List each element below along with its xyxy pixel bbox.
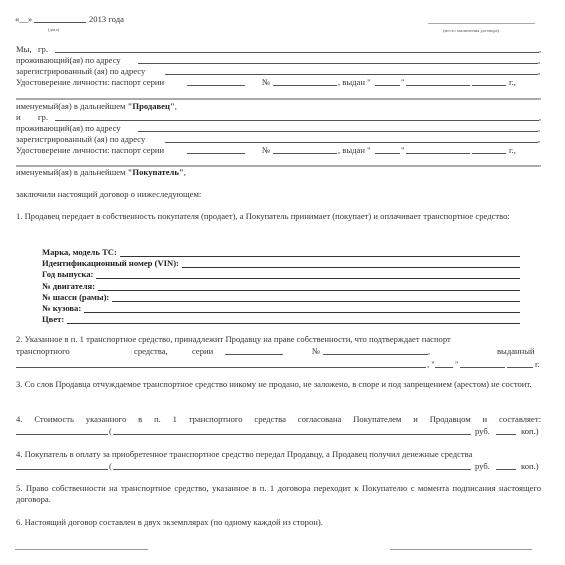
vehicle-field-row: Марка, модель ТС: (42, 247, 520, 257)
vehicle-passport-issuer-field[interactable] (16, 367, 426, 368)
vehicle-passport-series-field[interactable] (225, 354, 283, 355)
vehicle-field-row: № кузова: (42, 303, 520, 313)
price-kop-field[interactable] (496, 434, 516, 435)
seller-registered-label: зарегистрированный (ая) по адресу (16, 66, 145, 76)
clause-4-word: 1 (173, 414, 177, 425)
vehicle-field-label: Цвет: (42, 314, 64, 324)
payment-kop-field[interactable] (496, 469, 516, 470)
paren-open: ( (109, 426, 112, 436)
vehicle-field-row: Цвет: (42, 314, 520, 324)
clause-4-word: п. (154, 414, 161, 425)
buyer-issued-year-field[interactable] (472, 153, 506, 154)
clause-4-word: согласована (298, 414, 342, 425)
vehicle-field-input[interactable] (67, 315, 520, 324)
named-suffix: , (175, 101, 177, 111)
buyer-passport-series-field[interactable] (187, 153, 245, 154)
vehicle-field-label: Идентификационный номер (VIN): (42, 258, 179, 268)
buyer-issued-label: , выдан " (338, 145, 371, 155)
vehicle-passport-month-field[interactable] (460, 367, 505, 368)
named-prefix: именуемый(ая) в дальнейшем (16, 101, 128, 111)
clause-4-word: и (413, 414, 418, 425)
seller-id-label: Удостоверение личности: паспорт серии (16, 77, 164, 87)
vehicle-field-input[interactable] (120, 248, 520, 257)
price-digits-field[interactable] (16, 434, 108, 435)
quote: " (455, 359, 459, 369)
clause-4-price: 4.Стоимостьуказанноговп.1транспортногоср… (16, 414, 541, 425)
seller-passport-series-field[interactable] (187, 85, 245, 86)
seller-issued-year-field[interactable] (472, 85, 506, 86)
named-prefix: именуемый(ая) в дальнейшем (16, 167, 128, 177)
vehicle-field-label: Год выпуска: (42, 269, 93, 279)
buyer-number-label: № (262, 145, 270, 155)
seller-citizen-label: гр. (38, 44, 48, 54)
clause-3: 3. Со слов Продавца отчуждаемое транспор… (16, 379, 541, 390)
vehicle-field-input[interactable] (112, 293, 520, 302)
buyer-id-label: Удостоверение личности: паспорт серии (16, 145, 164, 155)
and-label: и (16, 112, 21, 122)
clause-2-number-label: № (312, 346, 320, 356)
clause-5: 5. Право собственности на транспортное с… (16, 483, 541, 505)
vehicle-passport-year-field[interactable] (507, 367, 533, 368)
buyer-signature-field[interactable] (390, 549, 532, 550)
seller-signature-field[interactable] (15, 549, 148, 550)
buyer-role: "Покупатель" (128, 167, 184, 177)
kop-label: коп.) (521, 461, 539, 471)
vehicle-field-input[interactable] (84, 304, 520, 313)
seller-registered-field[interactable] (165, 74, 538, 75)
buyer-name-field[interactable] (55, 120, 539, 121)
clause-4-word: указанного (86, 414, 126, 425)
seller-name-field[interactable] (55, 52, 539, 53)
intro-text: заключили настоящий договор о нижеследую… (16, 189, 201, 199)
vehicle-passport-day-field[interactable] (435, 367, 453, 368)
comma: , (538, 55, 540, 65)
seller-residing-field[interactable] (138, 63, 538, 64)
vehicle-field-row: № двигателя: (42, 281, 520, 291)
comma: , (538, 123, 540, 133)
clause-4-word: Продавцом (430, 414, 471, 425)
clause-2-year: г. (535, 359, 540, 369)
clause-4-word: транспортного (189, 414, 243, 425)
we-label: Мы, (16, 44, 32, 54)
comma: , (539, 91, 541, 101)
vehicle-passport-number-field[interactable] (323, 354, 428, 355)
clause-4-word: 4. (16, 414, 22, 425)
seller-number-label: № (262, 77, 270, 87)
clause-1: 1. Продавец передает в собственность пок… (16, 211, 541, 222)
clause-4-word: Стоимость (34, 414, 74, 425)
price-words-field[interactable] (113, 434, 471, 435)
vehicle-field-label: Марка, модель ТС: (42, 247, 117, 257)
clause-4-word: и (483, 414, 488, 425)
rub-label: руб. (475, 461, 490, 471)
clause-4-payment: 4. Покупатель в оплату за приобретенное … (16, 449, 541, 460)
seller-year-suffix: г., (509, 77, 516, 87)
buyer-registered-field[interactable] (165, 142, 538, 143)
rub-label: руб. (475, 426, 490, 436)
seller-issued-by-field[interactable] (16, 98, 539, 100)
clause-2-word-1: транспортного (16, 346, 70, 356)
payment-words-field[interactable] (113, 469, 471, 470)
clause-4-word: средства (254, 414, 286, 425)
clause-4-word: составляет: (499, 414, 541, 425)
vehicle-field-label: № шасси (рамы): (42, 292, 109, 302)
buyer-issued-month-field[interactable] (406, 153, 470, 154)
clause-2-date-quote: , " (427, 359, 435, 369)
seller-named-text: именуемый(ая) в дальнейшем "Продавец", (16, 101, 177, 111)
clause-2-word-2: средства, (134, 346, 168, 356)
vehicle-field-input[interactable] (98, 282, 520, 291)
date-year-text: 2013 года (89, 14, 124, 24)
date-caption: (дата) (48, 25, 59, 35)
buyer-registered-label: зарегистрированный (ая) по адресу (16, 134, 145, 144)
vehicle-field-row: № шасси (рамы): (42, 292, 520, 302)
buyer-residing-label: проживающий(ая) по адресу (16, 123, 121, 133)
seller-passport-number-field[interactable] (273, 85, 337, 86)
place-field[interactable] (428, 23, 535, 24)
vehicle-field-input[interactable] (96, 270, 520, 279)
place-caption: (место заключения договора) (443, 26, 499, 36)
buyer-issued-day-field[interactable] (375, 153, 400, 154)
quote: " (401, 145, 405, 155)
paren-open: ( (109, 461, 112, 471)
seller-residing-label: проживающий(ая) по адресу (16, 55, 121, 65)
clause-2-issued-label: выданный (497, 346, 535, 356)
comma: , (538, 134, 540, 144)
named-suffix: , (184, 167, 186, 177)
seller-issued-label: , выдан " (338, 77, 371, 87)
vehicle-field-input[interactable] (182, 259, 520, 268)
vehicle-field-row: Идентификационный номер (VIN): (42, 258, 520, 268)
vehicle-field-label: № кузова: (42, 303, 81, 313)
buyer-named-text: именуемый(ая) в дальнейшем "Покупатель", (16, 167, 186, 177)
comma: , (539, 44, 541, 54)
clause-2-line1: 2. Указанное в п. 1 транспортное средств… (16, 334, 541, 345)
comma: , (539, 158, 541, 168)
clause-6: 6. Настоящий договор составлен в двух эк… (16, 517, 541, 528)
seller-issued-day-field[interactable] (375, 85, 400, 86)
seller-issued-month-field[interactable] (406, 85, 470, 86)
buyer-citizen-label: гр. (38, 112, 48, 122)
clause-4-word: Покупателем (353, 414, 401, 425)
buyer-residing-field[interactable] (138, 131, 538, 132)
vehicle-field-label: № двигателя: (42, 281, 95, 291)
kop-label: коп.) (521, 426, 539, 436)
buyer-year-suffix: г., (509, 145, 516, 155)
date-day-field[interactable]: «__» (15, 14, 32, 24)
date-month-field[interactable] (34, 22, 86, 23)
comma: , (538, 66, 540, 76)
comma: , (428, 346, 430, 356)
clause-2-word-3: серии (192, 346, 213, 356)
vehicle-field-row: Год выпуска: (42, 269, 520, 279)
payment-digits-field[interactable] (16, 469, 108, 470)
seller-role: "Продавец" (128, 101, 175, 111)
clause-4-word: в (138, 414, 142, 425)
buyer-passport-number-field[interactable] (273, 153, 337, 154)
comma: , (539, 112, 541, 122)
quote: " (401, 77, 405, 87)
